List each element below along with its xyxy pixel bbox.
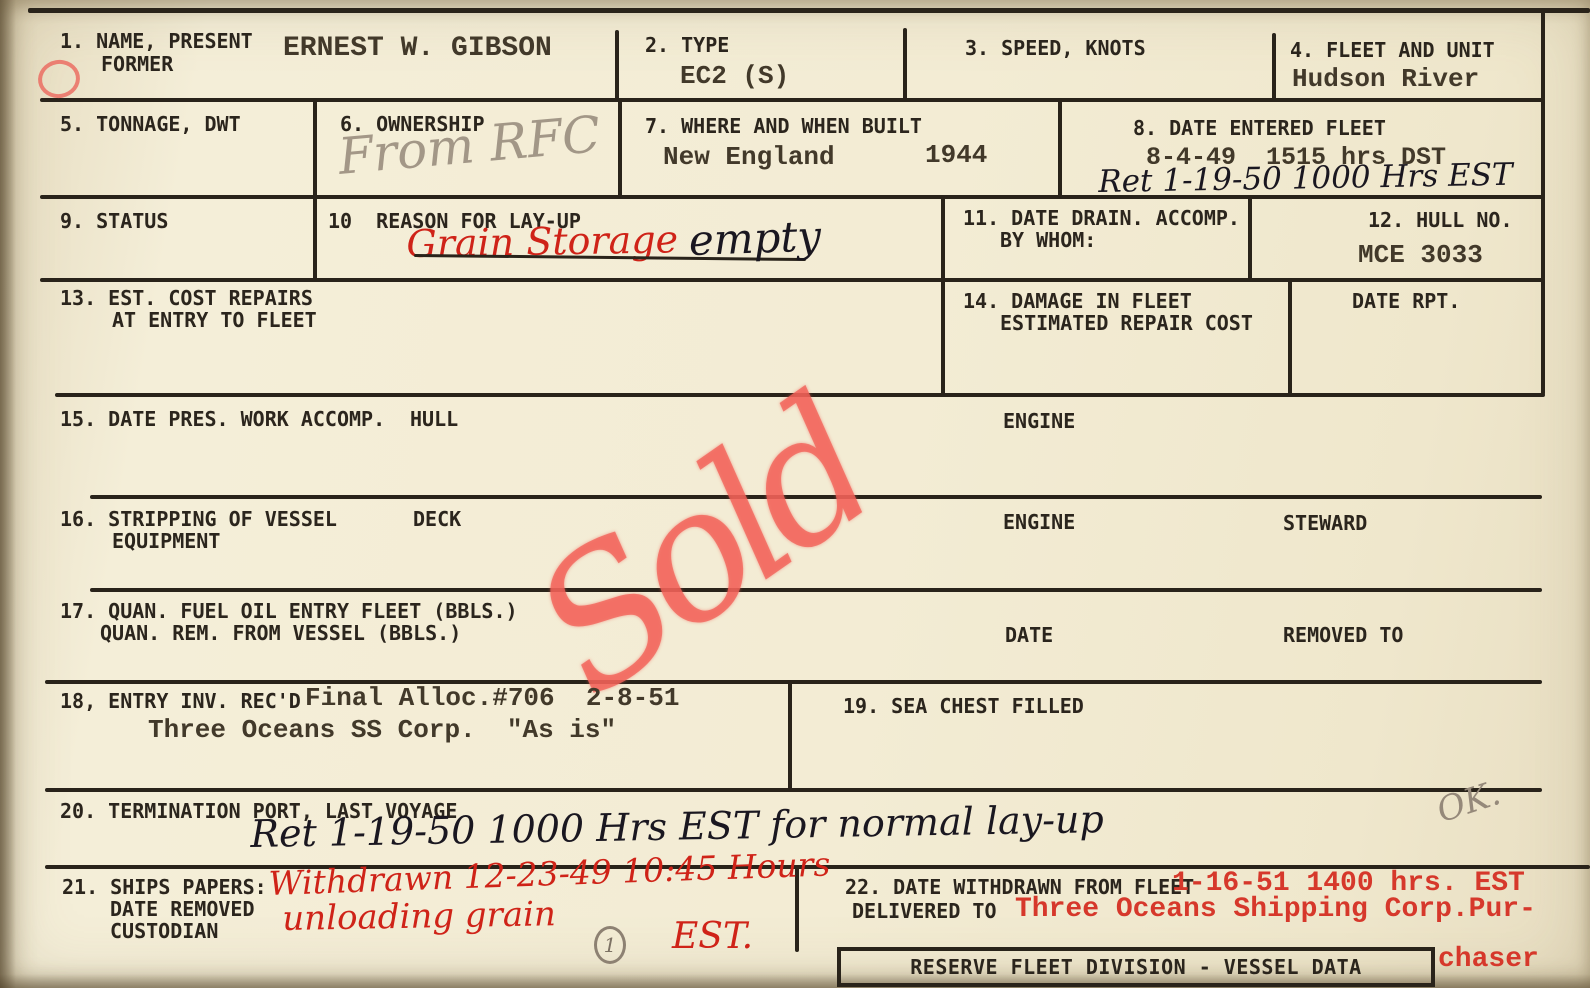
field11-label-by-whom: BY WHOM: (1000, 228, 1096, 252)
divider-11-12 (1248, 195, 1252, 280)
field7-where-built-value: New England (663, 142, 835, 172)
field10-handwriting-ink: empty (688, 211, 822, 265)
field4-label: 4. FLEET AND UNIT (1290, 38, 1495, 62)
row-line-7 (45, 680, 1542, 684)
card-top-border (28, 8, 1590, 13)
field21-handwriting-red-line3: EST. (672, 916, 753, 957)
divider-7-8 (1058, 98, 1062, 197)
field20-pencil-ok-note: OK. (1432, 773, 1505, 831)
divider-5-6 (313, 98, 317, 197)
field16-label2: EQUIPMENT (112, 529, 220, 553)
row-line-8 (45, 788, 1542, 792)
field1-vessel-name-value: ERNEST W. GIBSON (283, 33, 552, 64)
field8-label: 8. DATE ENTERED FLEET (1133, 116, 1386, 140)
card-title-box: RESERVE FLEET DIVISION - VESSEL DATA (837, 947, 1435, 987)
field18-entry-inv-value2: Three Oceans SS Corp. "As is" (148, 715, 616, 745)
field2-label: 2. TYPE (645, 33, 729, 57)
field22-delivered-to-value: Three Oceans Shipping Corp.Pur- (1015, 894, 1536, 925)
field17-date-column-label: DATE (1005, 623, 1053, 647)
card-title: RESERVE FLEET DIVISION - VESSEL DATA (910, 955, 1361, 979)
divider-1-2 (615, 30, 619, 100)
field16-engine-column-label: ENGINE (1003, 510, 1075, 534)
field17-label2: QUAN. REM. FROM VESSEL (BBLS.) (100, 621, 461, 645)
divider-3-4 (1272, 33, 1276, 100)
field4-fleet-value: Hudson River (1292, 64, 1479, 94)
field15-engine-column-label: ENGINE (1003, 409, 1075, 433)
divider-18-19 (788, 680, 792, 790)
divider-13-14 (941, 278, 945, 395)
field8-handwriting-ink: Ret 1-19-50 1000 Hrs EST (1098, 157, 1513, 200)
field14-label2: ESTIMATED REPAIR COST (1000, 311, 1253, 335)
field21-label: 21. SHIPS PAPERS: (62, 875, 267, 899)
vessel-data-card: 1. NAME, PRESENT FORMER ERNEST W. GIBSON… (0, 0, 1590, 988)
field15-hull-column-label: HULL (410, 407, 458, 431)
field2-type-value: EC2 (S) (680, 61, 789, 91)
field18-label: 18, ENTRY INV. REC'D (60, 689, 301, 713)
field12-label: 12. HULL NO. (1368, 208, 1513, 232)
divider-14-daterpt (1288, 278, 1292, 395)
field11-label: 11. DATE DRAIN. ACCOMP. (963, 206, 1240, 230)
red-circle-mark (35, 57, 83, 102)
field21-handwriting-red-line2: unloading grain (282, 894, 556, 939)
field15-label: 15. DATE PRES. WORK ACCOMP. (60, 407, 385, 431)
field18-entry-inv-value: Final Alloc.#706 2-8-51 (305, 683, 679, 713)
field16-deck-column-label: DECK (413, 507, 461, 531)
field16-steward-column-label: STEWARD (1283, 511, 1367, 535)
divider-9-10 (313, 195, 317, 280)
divider-2-3 (903, 28, 907, 100)
row-line-3 (40, 278, 1545, 282)
field14-label: 14. DAMAGE IN FLEET (963, 289, 1192, 313)
field9-label: 9. STATUS (60, 209, 168, 233)
divider-6-7 (618, 98, 622, 197)
field13-label2: AT ENTRY TO FLEET (112, 308, 317, 332)
field7-label: 7. WHERE AND WHEN BUILT (645, 114, 922, 138)
field19-label: 19. SEA CHEST FILLED (843, 694, 1084, 718)
field7-year-built-value: 1944 (925, 140, 987, 170)
field12-hull-no-value: MCE 3033 (1358, 240, 1483, 270)
field22-delivered-to-value-cont: chaser (1438, 944, 1539, 975)
field3-label: 3. SPEED, KNOTS (965, 36, 1146, 60)
field17-removed-to-column-label: REMOVED TO (1283, 623, 1403, 647)
field16-label: 16. STRIPPING OF VESSEL (60, 507, 337, 531)
divider-10-11 (941, 195, 945, 280)
field14-date-rpt-label: DATE RPT. (1352, 289, 1460, 313)
field13-label: 13. EST. COST REPAIRS (60, 286, 313, 310)
field21-pencil-circled-mark-text: 1 (604, 933, 617, 957)
field21-label2: DATE REMOVED (110, 897, 255, 921)
field21-label3: CUSTODIAN (110, 919, 218, 943)
field5-label: 5. TONNAGE, DWT (60, 112, 241, 136)
row-line-1 (40, 98, 1545, 102)
card-right-border (1541, 8, 1545, 395)
paper-edge-left (0, 0, 16, 988)
field1-label-former: FORMER (101, 52, 173, 76)
field21-pencil-circled-mark: 1 (594, 926, 626, 964)
field22-label-delivered-to: DELIVERED TO (852, 899, 997, 923)
field1-label: 1. NAME, PRESENT (60, 29, 253, 53)
